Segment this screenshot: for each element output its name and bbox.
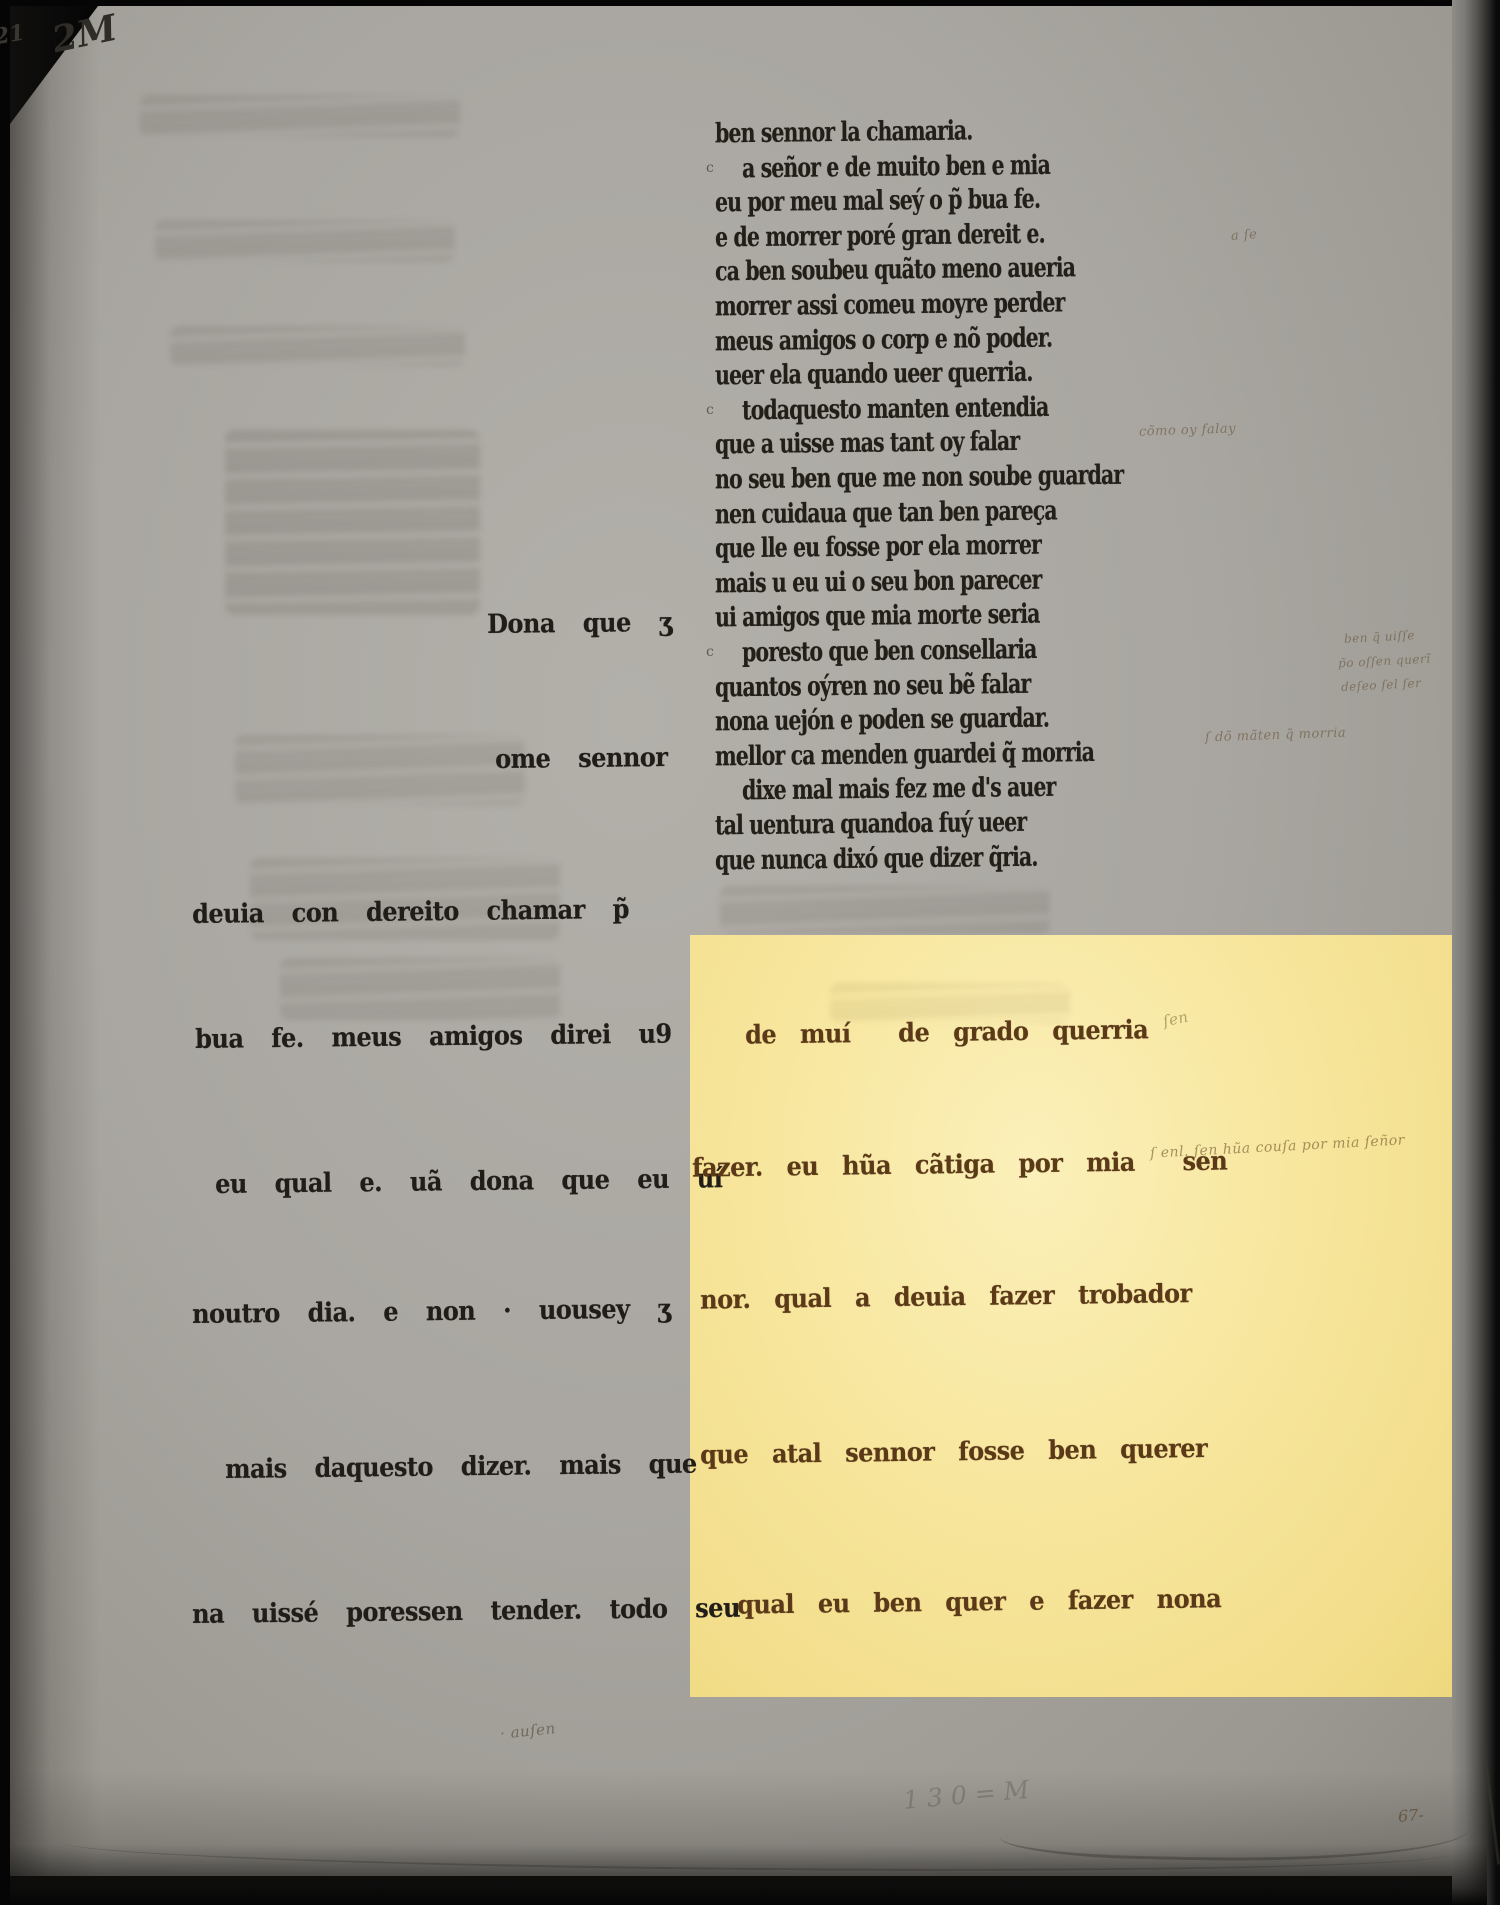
main-text-line: dixe mal mais fez me d's auer — [742, 773, 1056, 803]
stanza-mark: c — [706, 161, 714, 175]
left-text-line: bua fe. meus amigos direi u9 — [195, 1021, 672, 1053]
main-text-line: poresto que ben consellaria — [742, 636, 1037, 666]
main-text-line: ben sennor la chamaria. — [715, 117, 973, 147]
highlight-text-line: de muí de grado querria — [745, 1017, 1148, 1048]
bleedthrough-smudge — [235, 735, 525, 805]
main-text-line: nen cuidaua que tan ben pareça — [715, 497, 1057, 528]
main-text-line: todaquesto manten entendia — [742, 393, 1049, 423]
bleedthrough-smudge — [140, 95, 460, 137]
stanza-mark: c — [706, 645, 714, 659]
edge-fragment-mark: 21 — [0, 22, 26, 49]
main-text-line: que lle eu fosse por ela morrer — [715, 531, 1041, 562]
page-edge-right — [1452, 0, 1500, 1905]
main-text-line: no seu ben que me non soube guardar — [715, 461, 1123, 493]
margin-note-falar: cõmo oy falay — [1139, 422, 1236, 438]
stanza-mark: c — [706, 403, 714, 417]
bleedthrough-smudge — [155, 220, 455, 262]
binding-shadow — [10, 6, 100, 1876]
left-text-line: eu qual e. uã dona que eu uí — [215, 1165, 723, 1197]
page-bottom-shadow — [10, 1770, 1487, 1905]
main-text-line: ui amigos que mia morte seria — [715, 600, 1040, 631]
main-text-line: tal uentura quandoa fuý ueer — [715, 808, 1026, 838]
left-text-line: ome sennor — [495, 744, 668, 772]
left-text-line: mais daquesto dizer. mais que — [225, 1451, 697, 1483]
main-text-line: a señor e de muito ben e mia — [742, 151, 1050, 181]
margin-note-top-right: a ſe — [1231, 228, 1258, 243]
bleedthrough-smudge — [280, 958, 560, 1020]
main-text-line: ca ben soubeu quãto meno aueria — [715, 254, 1075, 285]
main-text-line: eu por meu mal seý o p̃ bua fe. — [715, 185, 1040, 216]
highlight-text-line: que atal sennor fosse ben querer — [700, 1435, 1207, 1468]
highlight-text-line: nor. qual a deuia fazer trobador — [700, 1281, 1192, 1313]
bleedthrough-smudge — [170, 326, 465, 366]
margin-note-block-line: ben q̃ uiſſe — [1344, 629, 1415, 645]
left-text-line: na uissé poressen tender. todo seu — [192, 1595, 740, 1628]
main-text-line: morrer assi comeu moyre perder — [715, 289, 1065, 320]
left-text-line: deuia con dereito chamar p̃ — [192, 896, 629, 927]
main-text-line: e de morrer poré gran dereit e. — [715, 220, 1045, 251]
main-text-line: mellor ca menden guardei q̃ morria — [715, 739, 1094, 770]
bleedthrough-smudge — [720, 886, 1050, 934]
main-text-line: nona uejón e poden se guardar. — [715, 704, 1049, 735]
manuscript-scan: ben sennor la chamaria. c a señor e de m… — [0, 0, 1500, 1905]
left-text-line: Dona que ʒ — [487, 609, 672, 638]
main-text-line: quantos oýren no seu bẽ falar — [715, 670, 1030, 701]
main-text-line: que a uisse mas tant oy falar — [715, 428, 1019, 458]
main-text-line: ueer ela quando ueer querria. — [715, 358, 1033, 389]
main-text-line: meus amigos o corp e nõ poder. — [715, 324, 1052, 355]
bleedthrough-smudge — [225, 430, 480, 615]
highlight-text-line: qual eu ben quer e fazer nona — [737, 1586, 1221, 1618]
highlight-text-line: fazer. eu hũa cãtiga por mia sen — [692, 1148, 1227, 1181]
left-text-line: noutro dia. e non · uousey ʒ — [192, 1295, 671, 1327]
main-text-line: que nunca dixó que dizer q̃ria. — [715, 843, 1038, 874]
main-text-line: mais u eu ui o seu bon parecer — [715, 566, 1042, 597]
